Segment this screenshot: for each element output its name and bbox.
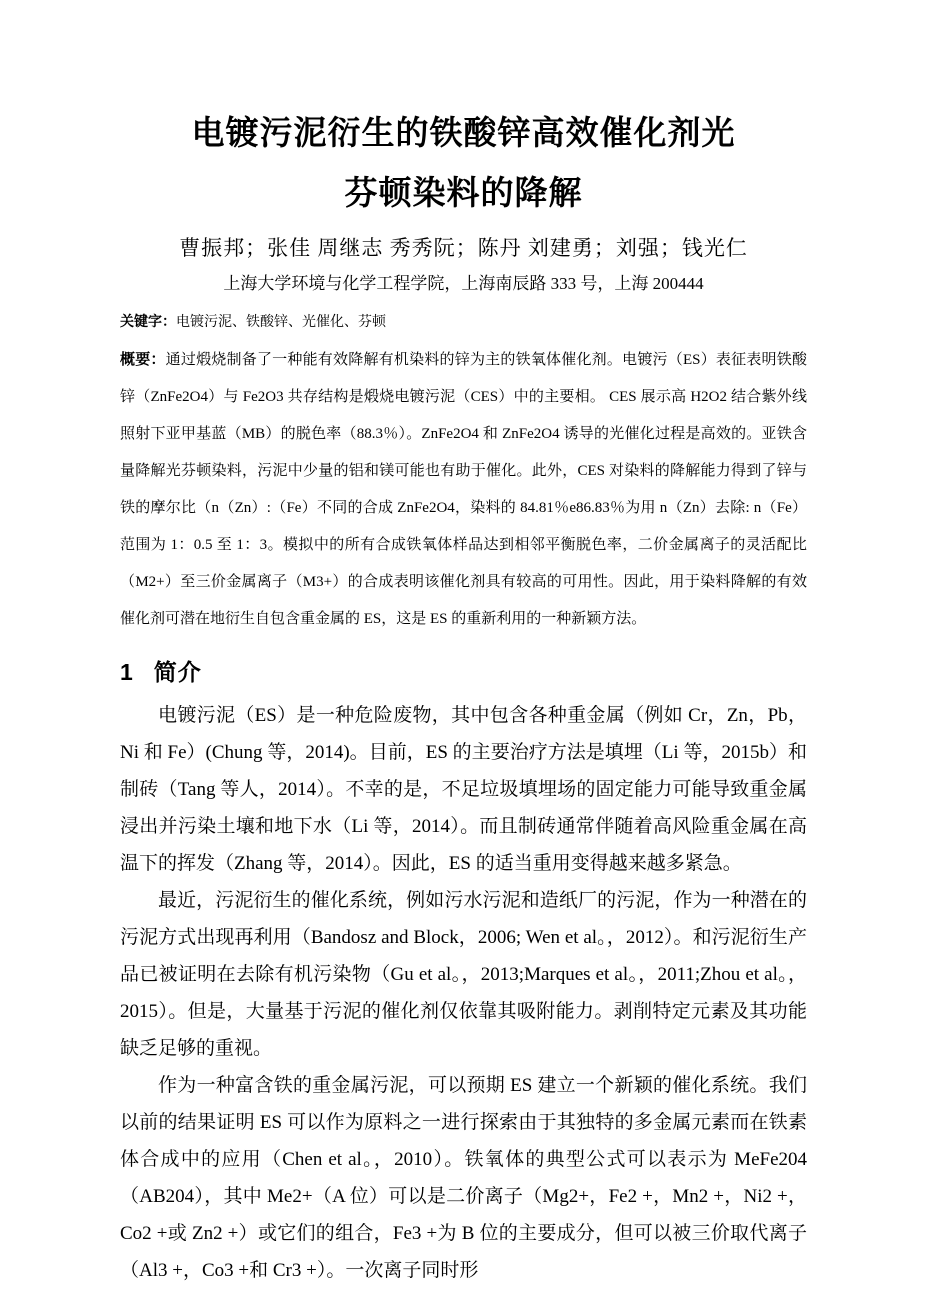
document-page: 电镀污泥衍生的铁酸锌高效催化剂光 芬顿染料的降解 曹振邦；张佳 周继志 秀秀阮；… — [0, 0, 925, 1309]
authors-line: 曹振邦；张佳 周继志 秀秀阮；陈丹 刘建勇；刘强；钱光仁 — [120, 233, 807, 263]
abstract-label: 概要： — [120, 351, 166, 368]
abstract-paragraph: 概要：通过煅烧制备了一种能有效降解有机染料的锌为主的铁氧体催化剂。电镀污（ES）… — [120, 341, 807, 638]
keywords-line: 关键字：电镀污泥、铁酸锌、光催化、芬顿 — [120, 309, 807, 335]
section-1-title: 简介 — [154, 659, 202, 685]
keywords-text: 电镀污泥、铁酸锌、光催化、芬顿 — [176, 315, 386, 330]
paper-title-line-1: 电镀污泥衍生的铁酸锌高效催化剂光 — [120, 103, 807, 163]
section-1-heading: 1简介 — [120, 654, 807, 687]
intro-paragraph-2: 最近，污泥衍生的催化系统，例如污水污泥和造纸厂的污泥，作为一种潜在的污泥方式出现… — [120, 882, 807, 1067]
intro-paragraph-1: 电镀污泥（ES）是一种危险废物，其中包含各种重金属（例如 Cr，Zn，Pb，Ni… — [120, 697, 807, 882]
intro-paragraph-3: 作为一种富含铁的重金属污泥，可以预期 ES 建立一个新颖的催化系统。我们以前的结… — [120, 1067, 807, 1289]
section-1-number: 1 — [120, 659, 134, 686]
paper-title: 电镀污泥衍生的铁酸锌高效催化剂光 芬顿染料的降解 — [120, 103, 807, 223]
paper-title-line-2: 芬顿染料的降解 — [120, 163, 807, 223]
keywords-label: 关键字： — [120, 313, 176, 329]
abstract-text: 通过煅烧制备了一种能有效降解有机染料的锌为主的铁氧体催化剂。电镀污（ES）表征表… — [120, 352, 807, 627]
introduction-body: 电镀污泥（ES）是一种危险废物，其中包含各种重金属（例如 Cr，Zn，Pb，Ni… — [120, 697, 807, 1289]
affiliation-line: 上海大学环境与化学工程学院，上海南辰路 333 号，上海 200444 — [120, 271, 807, 297]
